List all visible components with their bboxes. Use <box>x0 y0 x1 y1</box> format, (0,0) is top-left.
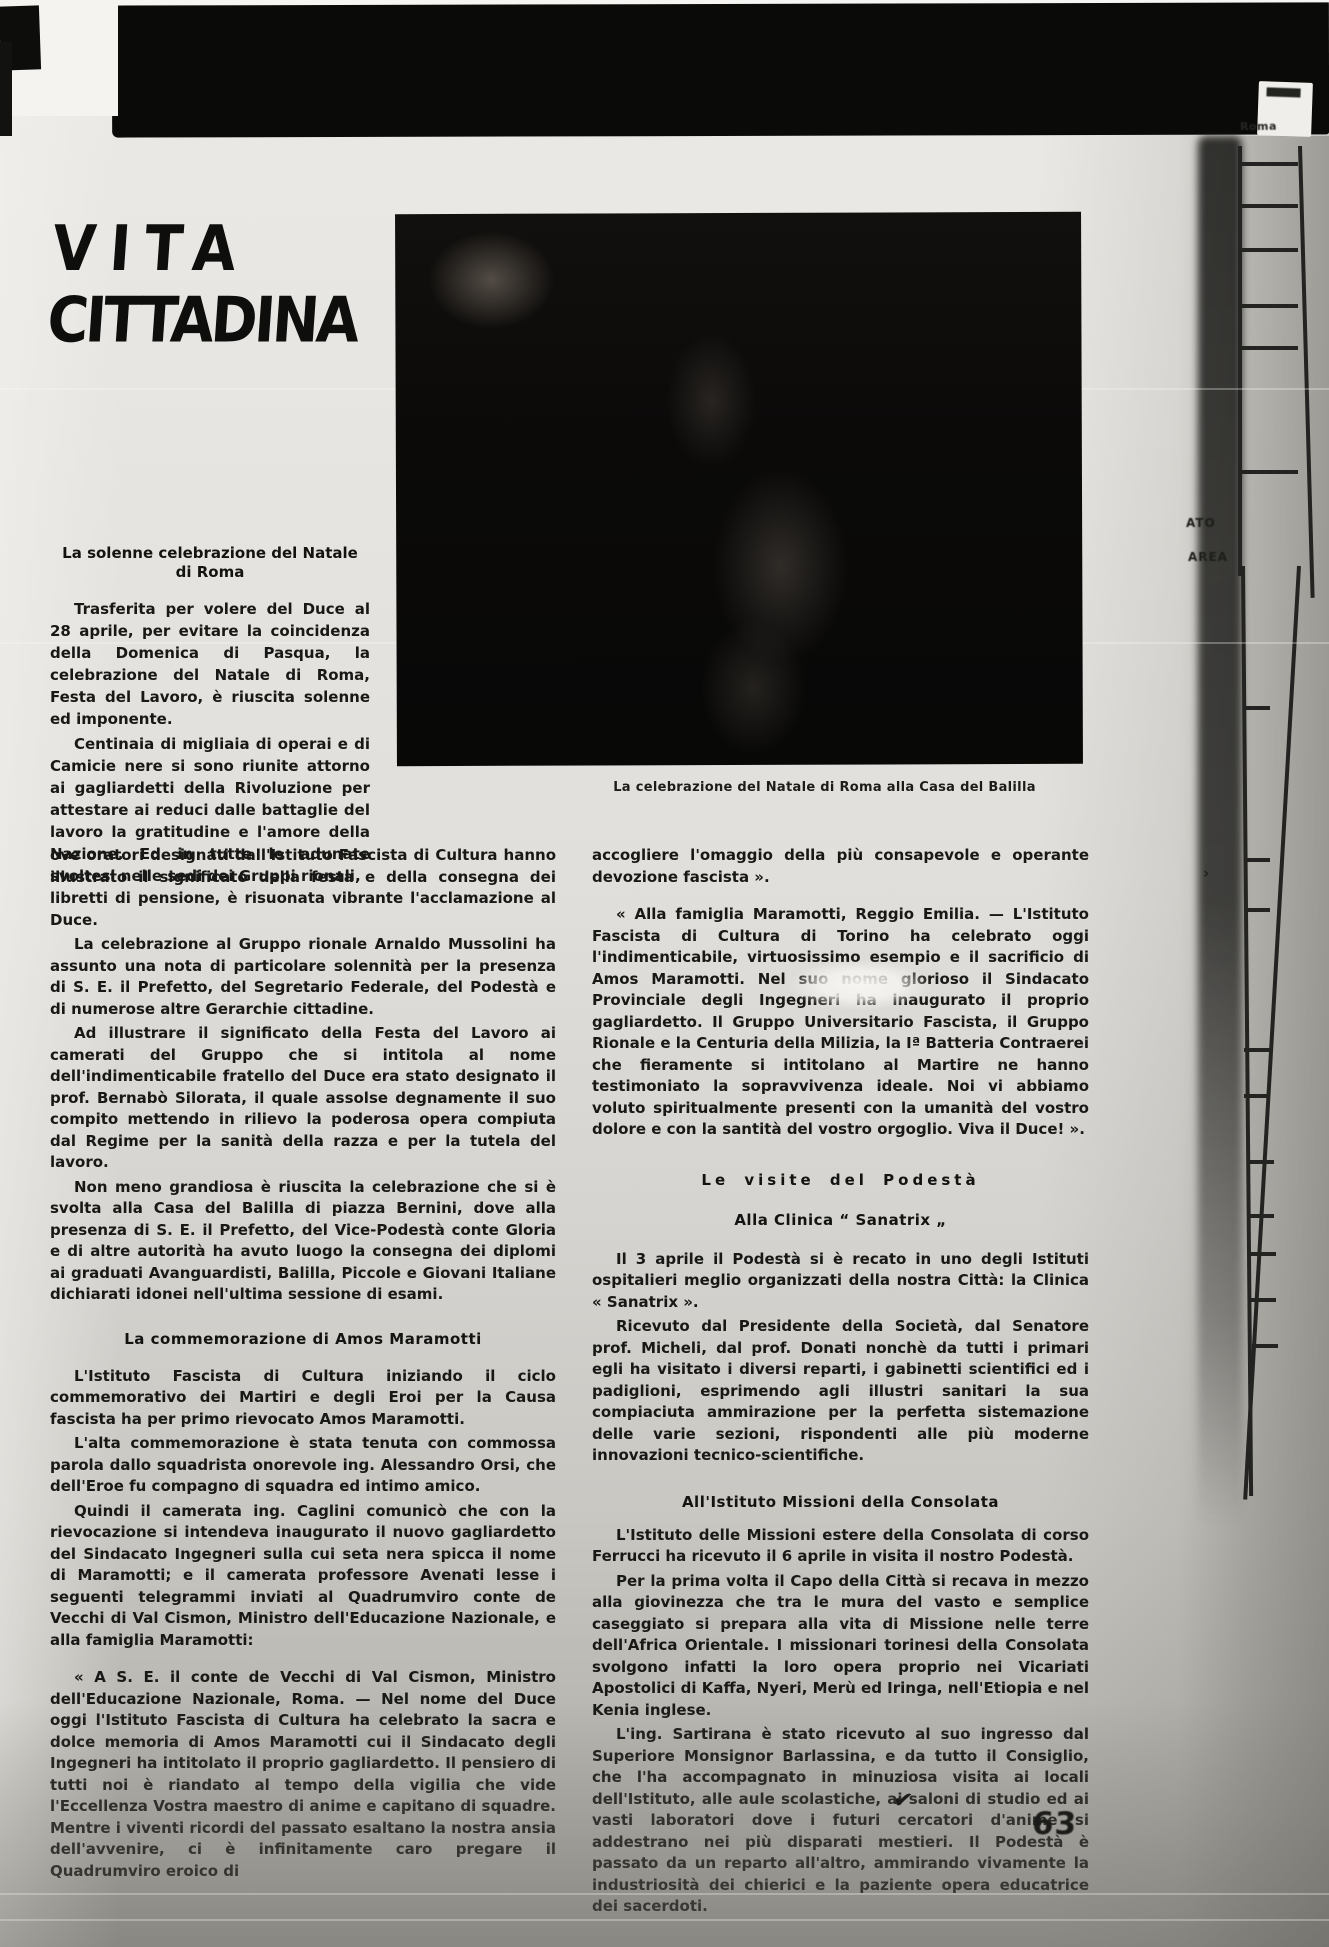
page-number: 63 <box>1031 1806 1078 1842</box>
paragraph: Ricevuto dal Presidente della Società, d… <box>592 1316 1089 1467</box>
telegram-quote: « Alla famiglia Maramotti, Reggio Emilia… <box>592 904 1089 1141</box>
section-masthead: VITA CITTADINA <box>45 214 364 357</box>
scan-black-bar <box>112 2 1329 137</box>
index-edge-tick <box>1250 1252 1276 1256</box>
paragraph: Trasferita per volere del Duce al 28 apr… <box>50 598 370 730</box>
magazine-page-scan: Roma ATO AREA › VITA CITTADINA La celebr… <box>0 0 1329 1947</box>
article-heading-maramotti: La commemorazione di Amos Maramotti <box>50 1330 556 1348</box>
scan-left-edge-mark <box>0 42 12 136</box>
paragraph: L'Istituto Fascista di Cultura iniziando… <box>50 1366 556 1431</box>
scan-streak <box>0 1893 1329 1895</box>
article-heading-visite: Le visite del Podestà <box>592 1171 1089 1189</box>
index-edge-rung <box>1240 204 1298 208</box>
index-edge-rung <box>1240 470 1298 474</box>
index-edge-tick <box>1248 1160 1274 1164</box>
index-edge-tick <box>1244 908 1270 912</box>
tab-ink-smudge <box>1266 87 1300 97</box>
scan-bottom-shadow <box>0 1700 1329 1947</box>
paragraph: Per la prima volta il Capo della Città s… <box>592 1571 1089 1722</box>
edge-tab-label: Roma <box>1240 120 1277 134</box>
photo-caption: La celebrazione del Natale di Roma alla … <box>562 780 1087 795</box>
paragraph: L'alta commemorazione è stata tenuta con… <box>50 1433 556 1498</box>
masthead-line-2: CITTADINA <box>45 286 359 358</box>
paragraph: La celebrazione al Gruppo rionale Arnald… <box>50 934 556 1020</box>
scan-streak <box>0 1919 1329 1921</box>
subheading-consolata: All'Istituto Missioni della Consolata <box>592 1493 1089 1511</box>
paragraph: L'Istituto delle Missioni estere della C… <box>592 1525 1089 1568</box>
edge-text-fragment: AREA <box>1188 550 1228 564</box>
index-edge-tick <box>1248 1214 1274 1218</box>
index-edge-tick <box>1244 1048 1270 1052</box>
index-edge-rung <box>1240 162 1298 166</box>
index-edge-tick <box>1244 858 1270 862</box>
paragraph: Ad illustrare il significato della Festa… <box>50 1023 556 1174</box>
article-heading-natale: La solenne celebrazione del Natale di Ro… <box>62 544 358 582</box>
index-edge-tick <box>1244 706 1270 710</box>
edge-arrow-mark: › <box>1203 864 1209 882</box>
paragraph: Quindi il camerata ing. Caglini comunicò… <box>50 1501 556 1652</box>
ink-mark: ✔ <box>891 1785 915 1816</box>
index-edge-rung <box>1240 304 1298 308</box>
scan-white-blotch <box>788 960 932 1010</box>
paragraph: Il 3 aprile il Podestà si è recato in un… <box>592 1249 1089 1314</box>
scan-gutter-shadow <box>1198 136 1242 1526</box>
article-photo <box>395 212 1083 766</box>
paragraph: accogliere l'omaggio della più consapevo… <box>592 845 1089 888</box>
index-edge-tick <box>1244 1094 1270 1098</box>
index-edge-tick <box>1250 1298 1276 1302</box>
paragraph: Non meno grandiosa è riuscita la celebra… <box>50 1177 556 1306</box>
paragraph: ove oratori designati dall'Istituto Fasc… <box>50 845 556 931</box>
subheading-sanatrix: Alla Clinica “ Sanatrix „ <box>592 1211 1089 1229</box>
masthead-line-1: VITA <box>50 214 364 286</box>
index-edge-line <box>1238 146 1242 576</box>
adjacent-page-index-edge <box>1238 146 1302 576</box>
index-edge-rung <box>1240 346 1298 350</box>
edge-text-fragment: ATO <box>1186 516 1216 530</box>
index-edge-rung <box>1240 248 1298 252</box>
index-edge-tick <box>1252 1344 1278 1348</box>
